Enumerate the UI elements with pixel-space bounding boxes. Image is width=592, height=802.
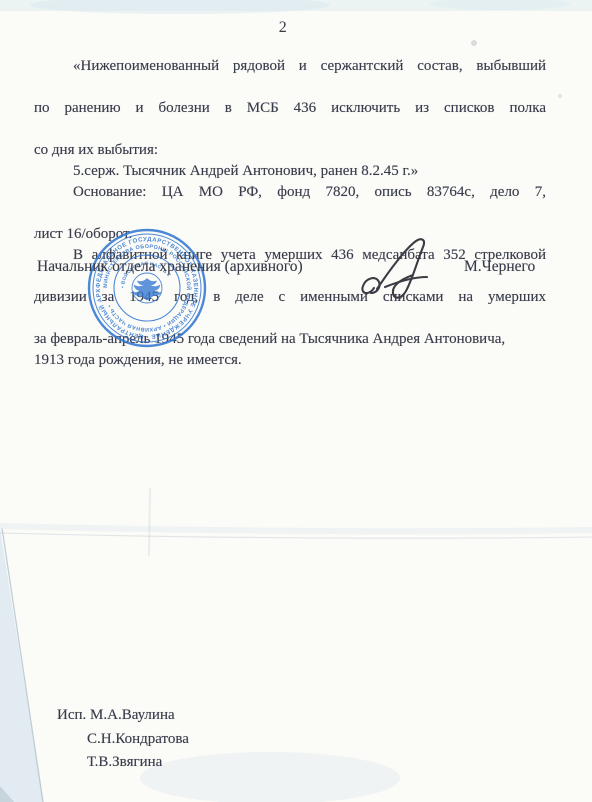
vertical-smear xyxy=(149,488,150,556)
signature-main-stroke xyxy=(377,239,424,297)
page-number: 2 xyxy=(240,19,326,37)
round-seal-stamp-icon: ФЕДЕРАЛЬНОЕ ГОСУДАРСТВЕННОЕ КАЗЕННОЕ УЧР… xyxy=(85,226,209,350)
body-line: по ранению и болезни в МСБ 436 исключить… xyxy=(34,98,546,140)
body-line: со дня их выбытия: xyxy=(34,140,546,161)
body-line: 1913 года рождения, не имеется. xyxy=(34,350,546,371)
body-line: Основание: ЦА МО РФ, фонд 7820, опись 83… xyxy=(34,182,546,224)
executors-block: Исп. М.А.Ваулина С.Н.Кондратова Т.В.Звяг… xyxy=(57,704,189,775)
executor-line: Исп. М.А.Ваулина xyxy=(57,704,189,728)
sheet-edge-shadow xyxy=(0,523,592,534)
underlying-sheet-corner xyxy=(0,528,43,802)
bottom-left-corner-mark xyxy=(0,786,14,802)
executor-line: Т.В.Звягина xyxy=(57,751,189,775)
scanned-document-page: 2 «Нижепоименованный рядовой и сержантск… xyxy=(0,0,592,802)
double-headed-eagle-icon xyxy=(132,278,162,301)
sheet-left-edge-line xyxy=(2,528,43,802)
signer-title: Начальник отдела хранения (архивного) xyxy=(37,258,303,276)
top-smudge xyxy=(30,0,330,14)
signer-name: М.Чернего xyxy=(464,258,535,276)
top-smudge-right xyxy=(430,0,570,10)
executor-line: С.Н.Кондратова xyxy=(57,728,189,752)
speck-mid-right xyxy=(558,94,562,98)
body-line: «Нижепоименованный рядовой и сержантский… xyxy=(34,56,546,98)
top-tint-band xyxy=(0,0,592,11)
speck-top-right xyxy=(471,40,477,46)
signature-loop xyxy=(362,278,379,293)
sheet-bottom-edge-line xyxy=(0,533,592,538)
signature-icon xyxy=(356,236,456,312)
body-line: 5.серж. Тысячник Андрей Антонович, ранен… xyxy=(34,161,546,182)
